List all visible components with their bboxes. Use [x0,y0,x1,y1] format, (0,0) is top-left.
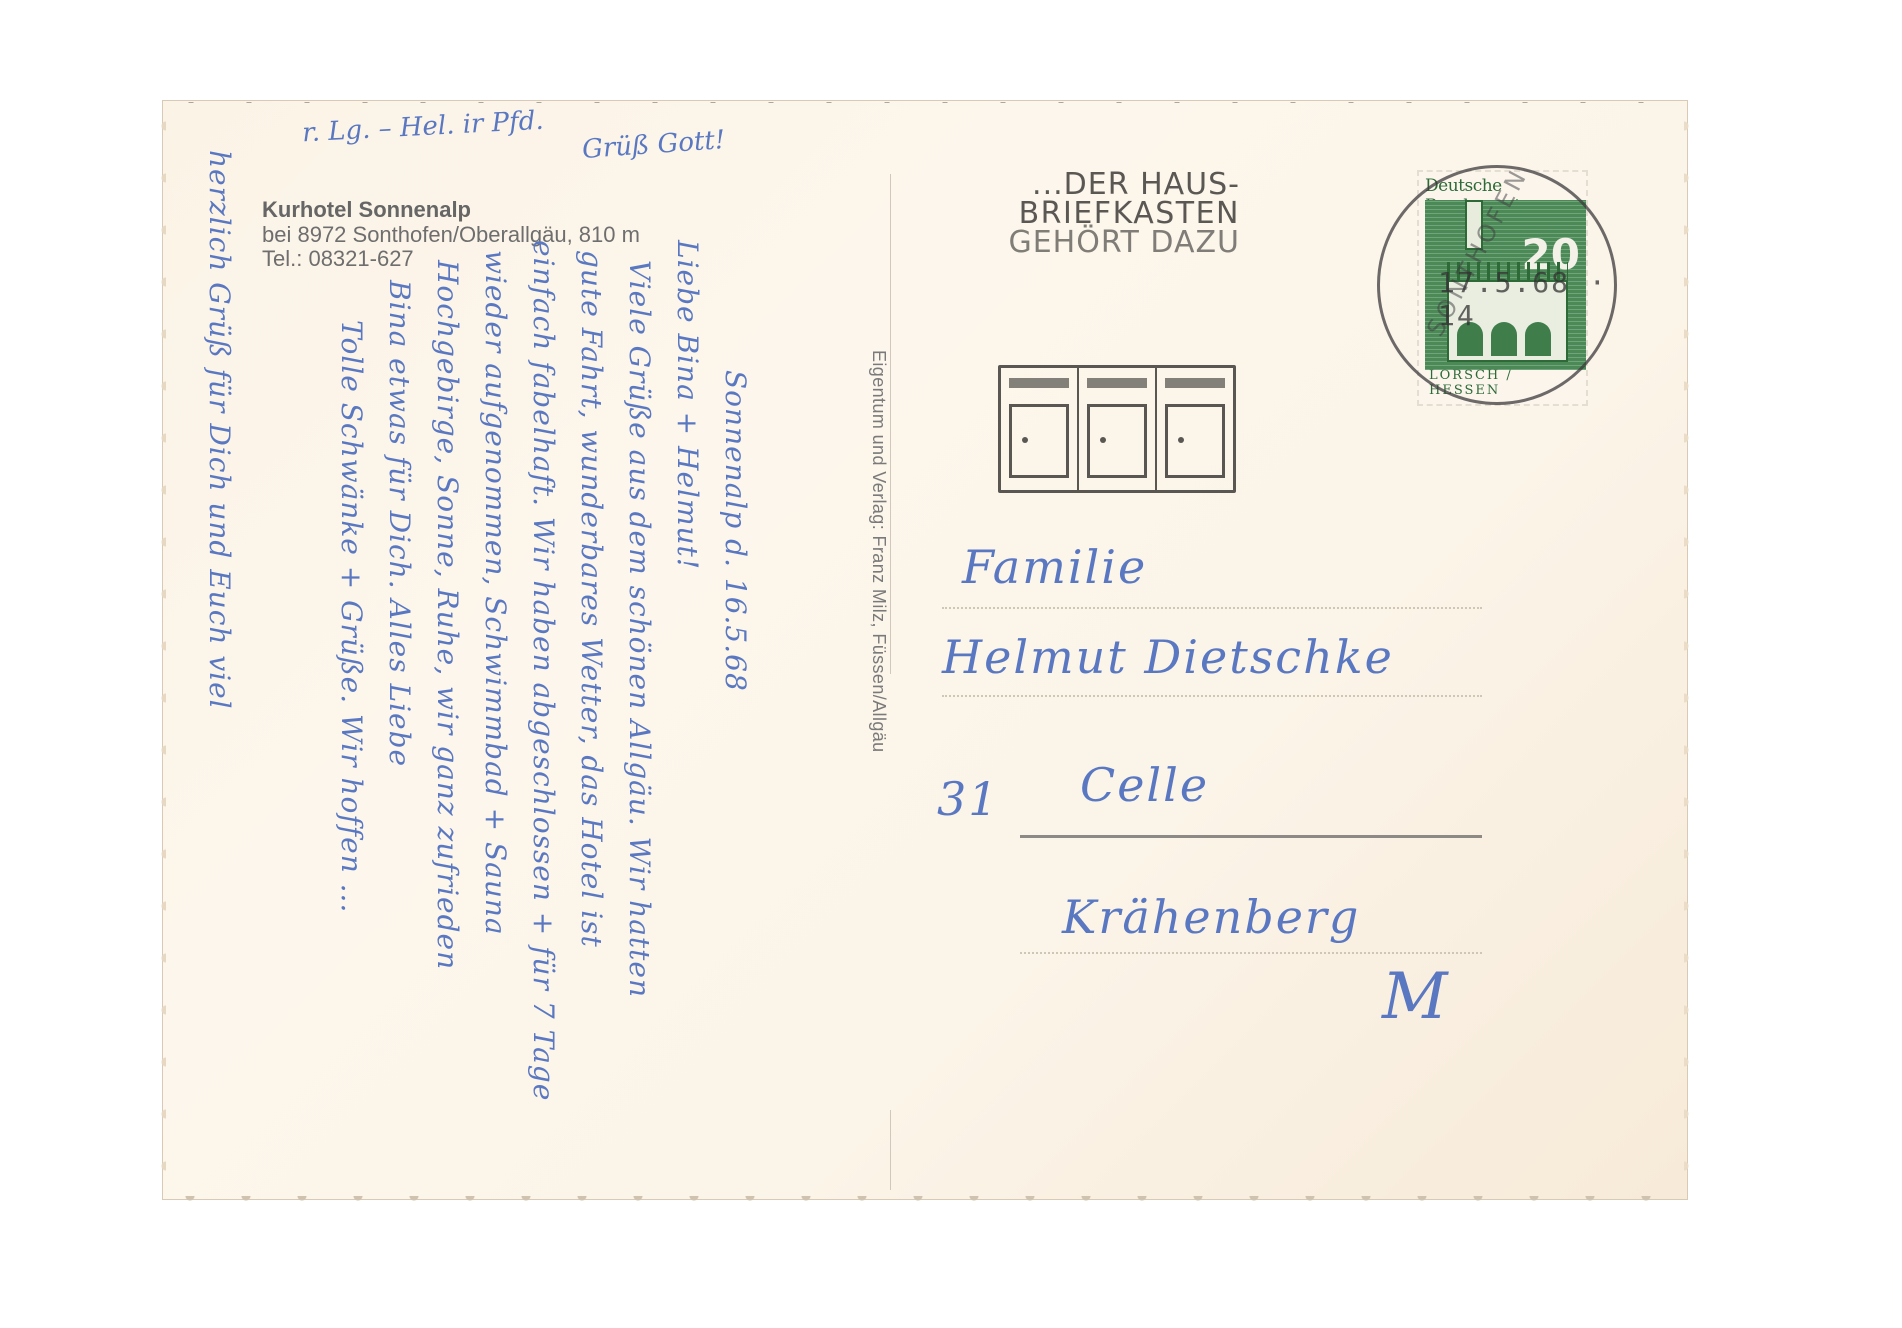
recipient-street: Krähenberg [1062,890,1360,944]
hotel-name: Kurhotel Sonnenalp [262,198,640,223]
cancellation-slogan: ...DER HAUS- BRIEFKASTEN GEHÖRT DAZU [990,170,1240,257]
recipient-line-1: Familie [962,540,1147,594]
slogan-line: ...DER HAUS- [990,170,1240,199]
handwritten-greeting: Grüß Gott! [581,125,726,165]
address-line-city [1020,835,1482,838]
message-line: Tolle Schwänke + Grüße. Wir hoffen ... [335,320,368,913]
message-line: gute Fahrt, wunderbares Wetter, das Hote… [575,250,608,948]
publisher-imprint: Eigentum und Verlag: Franz Milz, Füssen/… [868,350,889,753]
recipient-line-2: Helmut Dietschke [942,630,1394,684]
message-line: Viele Grüße aus dem schönen Allgäu. Wir … [623,260,656,998]
postmark-date: 17.5.68 · 14 [1438,266,1614,332]
message-line: einfach fabelhaft. Wir haben abgeschloss… [527,240,560,1101]
message-line: Hochgebirge, Sonne, Ruhe, wir ganz zufri… [431,260,464,970]
three-mailboxes-icon [998,365,1236,493]
recipient-city: Celle [1080,758,1209,812]
postcard: r. Lg. – Hel. ir Pfd. Grüß Gott! Kurhote… [162,100,1688,1200]
handwritten-top-note: r. Lg. – Hel. ir Pfd. [301,106,544,149]
message-line: herzlich Grüß für Dich und Euch viel [203,150,236,710]
address-line-street [1020,952,1482,954]
perforated-edge-right [1684,100,1692,1200]
postmark-circle: SONTHOFEN 17.5.68 · 14 [1377,165,1617,405]
address-line-1 [942,607,1482,609]
message-line: Liebe Bina + Helmut! [671,240,704,570]
center-divider [890,174,891,674]
message-line: Sonnenalp d. 16.5.68 [719,370,752,692]
address-line-2 [942,695,1482,697]
slogan-line: BRIEFKASTEN [990,199,1240,228]
slogan-line: GEHÖRT DAZU [990,228,1240,257]
message-line: Bina etwas für Dich. Alles Liebe [383,280,416,767]
hotel-address: bei 8972 Sonthofen/Oberallgäu, 810 m [262,223,640,248]
recipient-postal-code: 31 [937,772,1000,826]
center-divider-lower [890,1110,891,1190]
message-line: wieder aufgenommen, Schwimmbad + Sauna [479,250,512,936]
perforated-edge-left [158,100,166,1200]
handwritten-mark: M [1382,960,1450,1034]
